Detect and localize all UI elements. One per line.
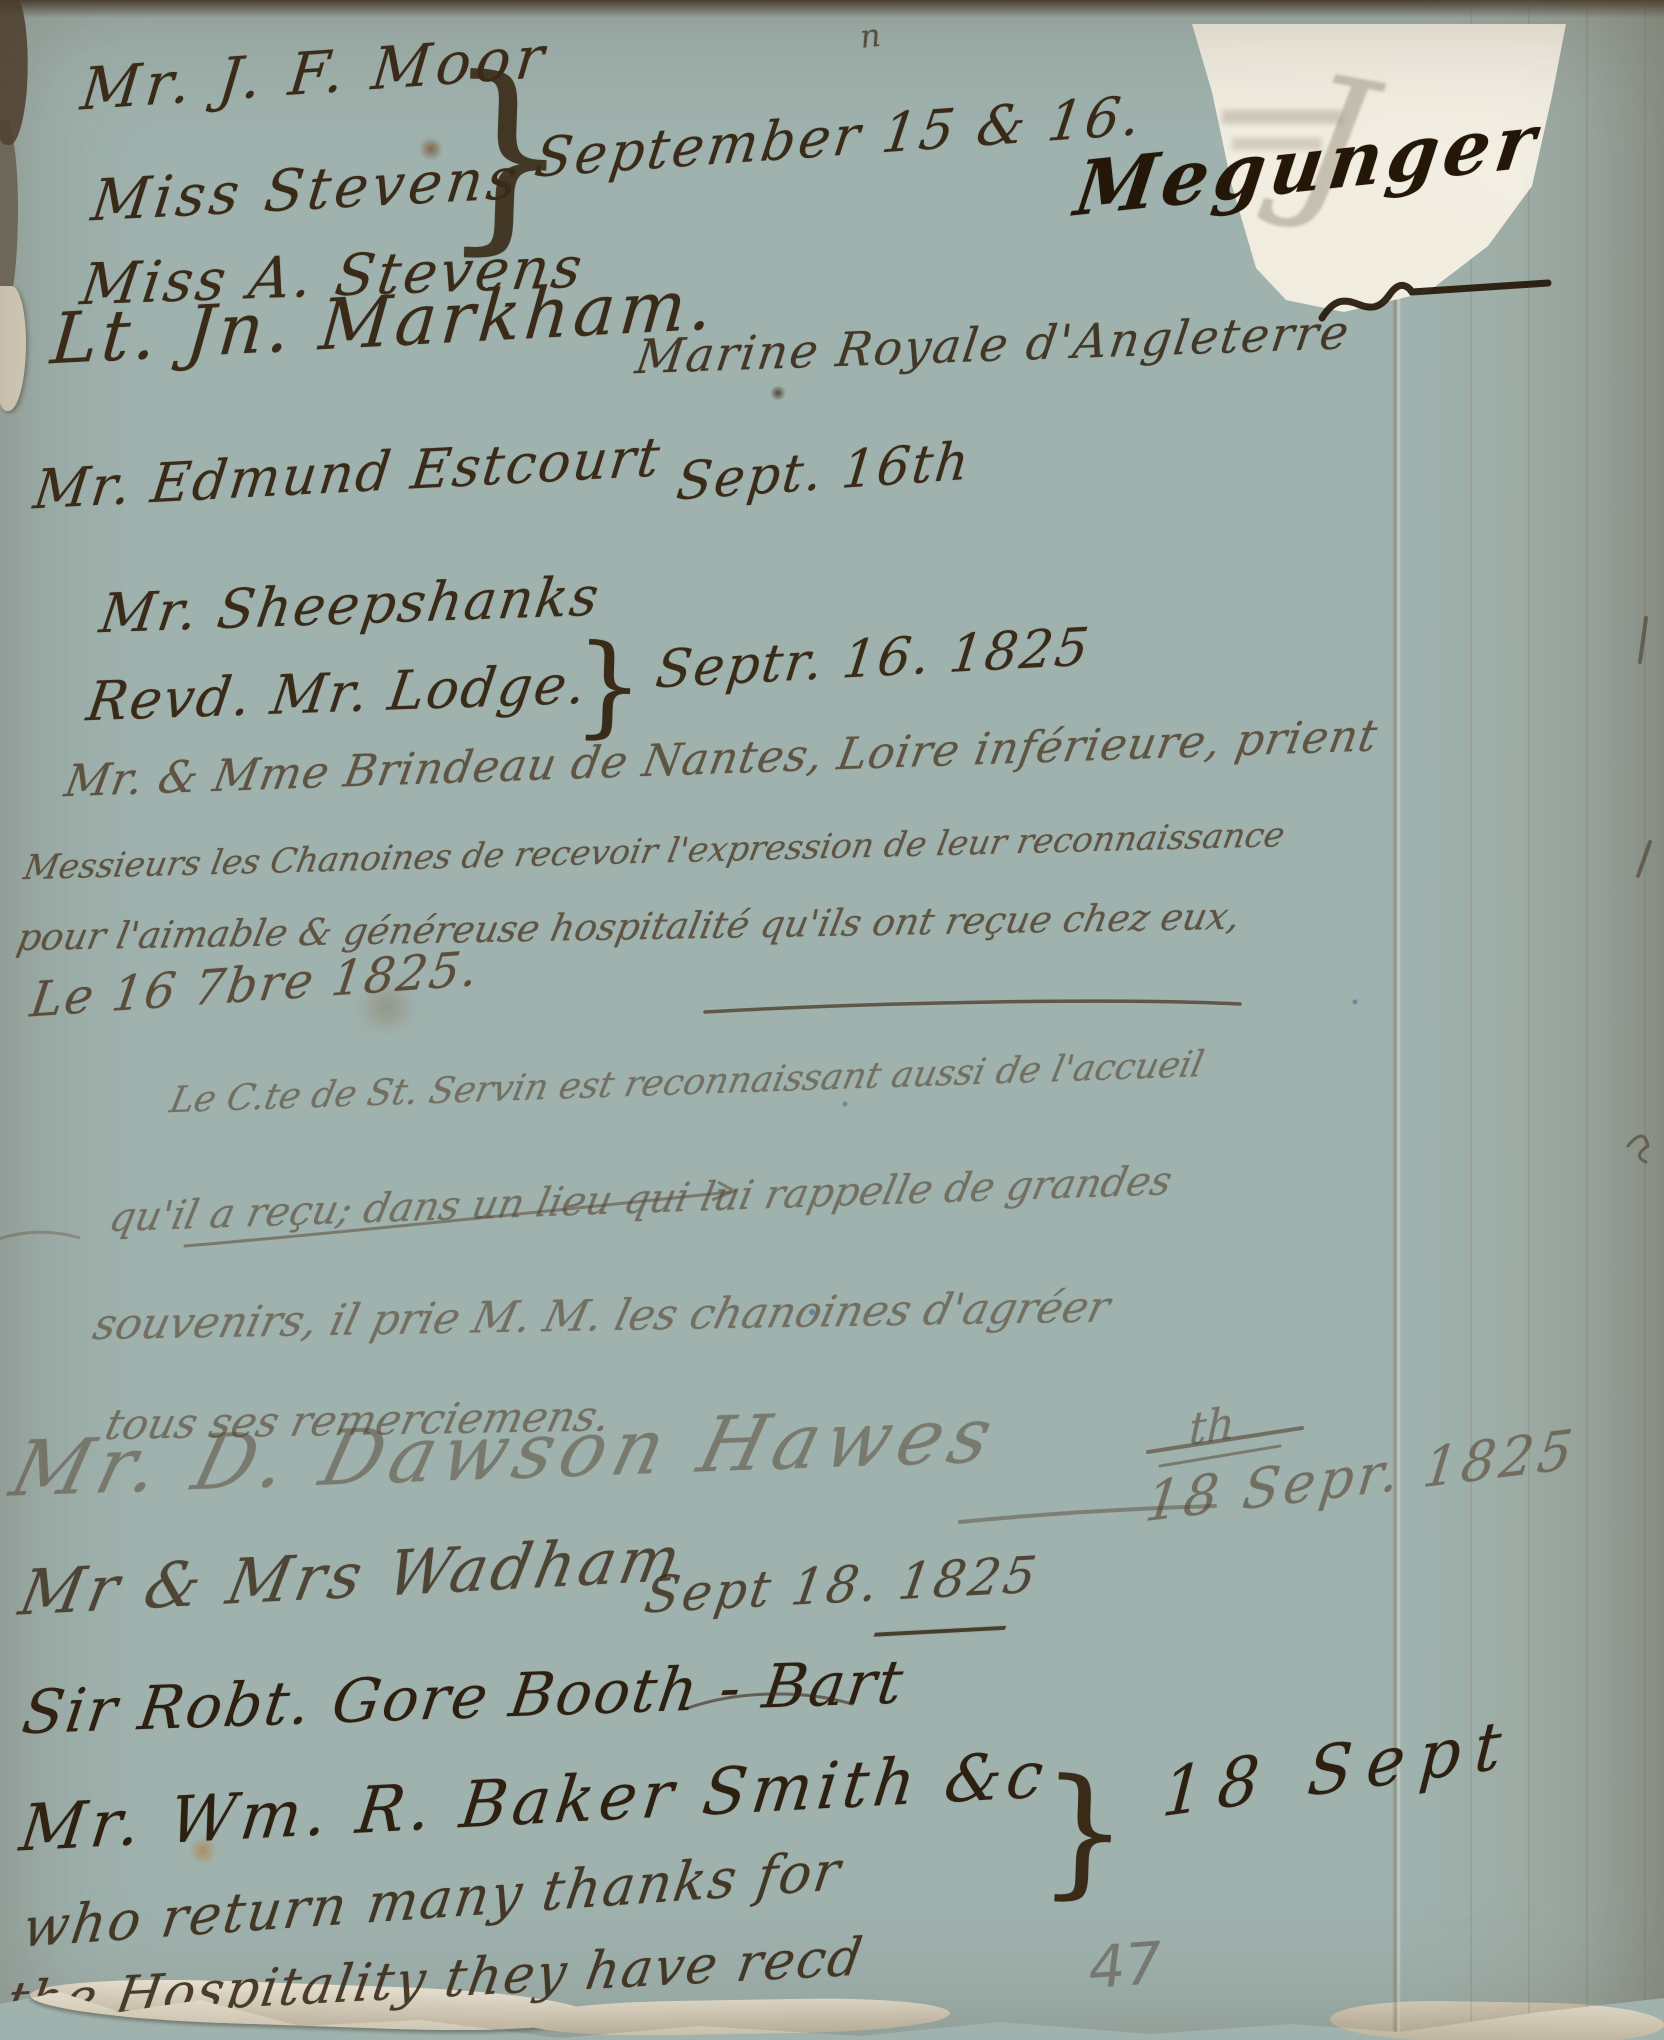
- entry-estcourt-name: Mr. Edmund Estcourt: [30, 425, 665, 521]
- entry-group1-date: September 15 & 16.: [531, 84, 1147, 190]
- manuscript-page: J n Mr. J. F. Moor Miss Stevens Miss A. …: [0, 0, 1664, 2040]
- page-number: 47: [1086, 1929, 1164, 2002]
- torn-paper-flap: [0, 286, 26, 411]
- group-brace: }: [572, 624, 646, 746]
- entry-booth-name: Sir Robt. Gore Booth - Bart: [18, 1647, 909, 1748]
- entry-sheepshanks-name: Mr. Sheepshanks: [96, 565, 604, 646]
- margin-stray-stroke: [0, 1232, 80, 1240]
- entry-estcourt-date: Sept. 16th: [674, 431, 974, 512]
- entry-wadham-name: Mr & Mrs Wadham: [14, 1521, 690, 1630]
- blue-ink-speck: [843, 1102, 848, 1107]
- ink-blot: [770, 386, 786, 400]
- entry-servin-line2: qu'il a reçu; dans un lieu qui lui rappe…: [105, 1158, 1176, 1241]
- entry-lodge-name: Revd. Mr. Lodge.: [83, 653, 592, 734]
- stray-mark: n: [858, 16, 882, 56]
- blue-ink-speck: [1353, 1000, 1358, 1005]
- entry-baker-name: Mr. Wm. R. Baker Smith &c: [16, 1738, 1052, 1866]
- entry-dawson-sup: th: [1188, 1398, 1235, 1456]
- date-underline-stroke: [705, 1001, 1240, 1012]
- group-brace: }: [1037, 1756, 1131, 1909]
- scanned-guestbook-page: J n Mr. J. F. Moor Miss Stevens Miss A. …: [0, 0, 1664, 2040]
- entry-markham-title: Marine Royale d'Angleterre: [632, 305, 1354, 385]
- entry-servin-line3: souvenirs, il prie M. M. les chanoines d…: [88, 1282, 1114, 1350]
- entry-group2-date: Septr. 16. 1825: [653, 617, 1094, 700]
- entry-brindeau-line2: Messieurs les Chanoines de recevoir l'ex…: [21, 815, 1288, 888]
- entry-servin-line1: Le C.te de St. Servin est reconnaissant …: [166, 1044, 1207, 1121]
- entry-brindeau-line3: pour l'aimable & généreuse hospitalité q…: [14, 895, 1244, 959]
